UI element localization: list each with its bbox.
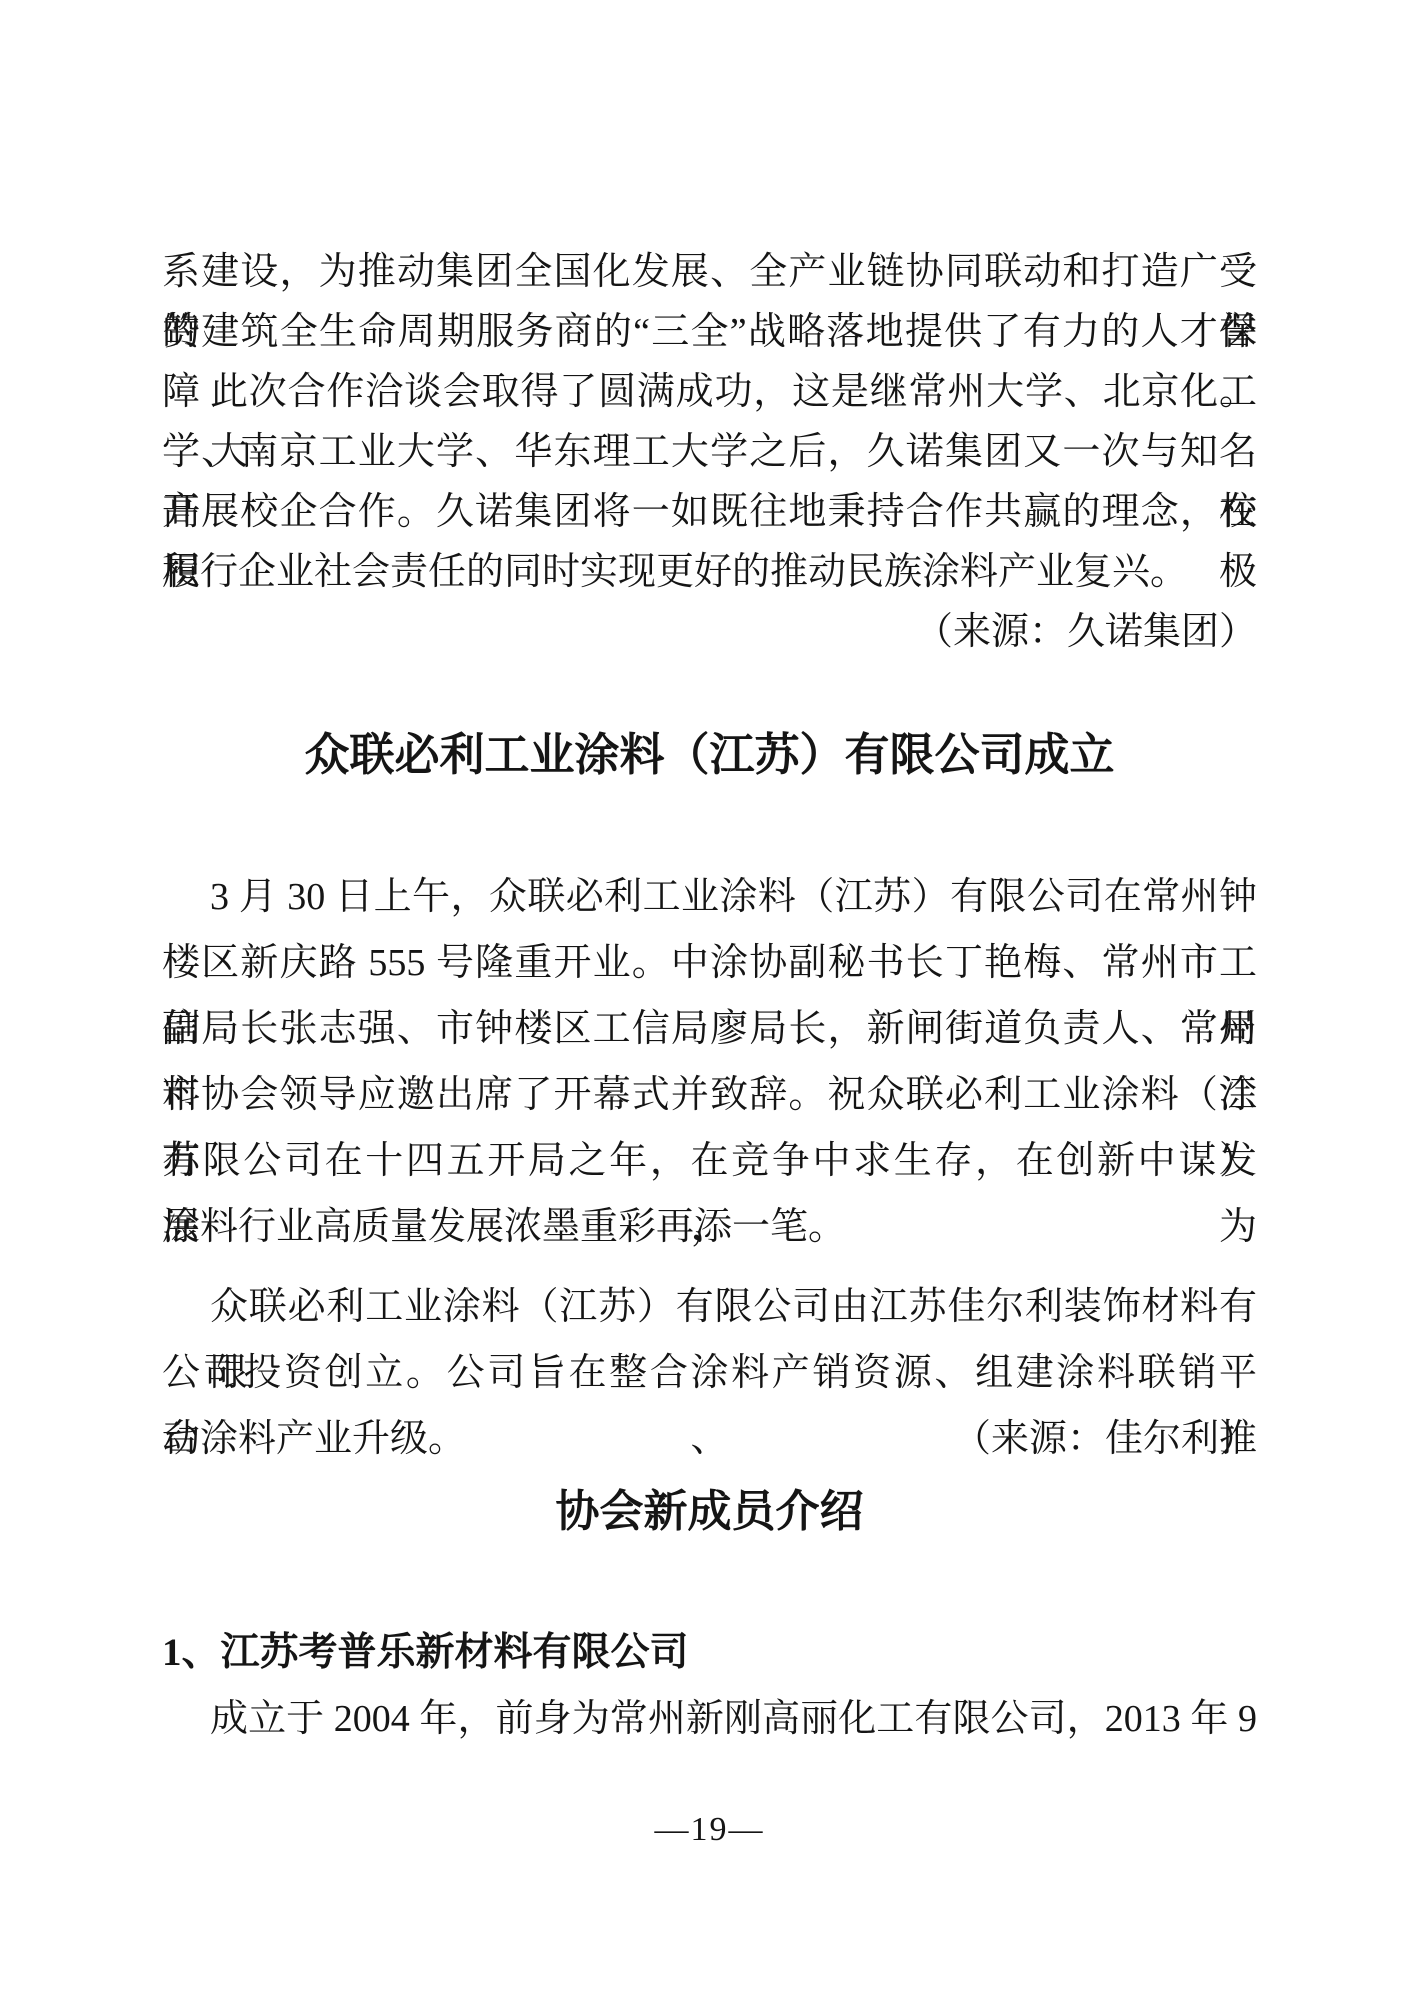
body-line: 公司投资创立。公司旨在整合涂料产销资源、组建涂料联销平台、推 [162,1340,1257,1406]
body-line: 有限公司在十四五开局之年，在竞争中求生存，在创新中谋发展，为 [162,1128,1257,1194]
page-number: —19— [162,1800,1257,1860]
body-line: 3 月 30 日上午，众联必利工业涂料（江苏）有限公司在常州钟 [162,864,1257,930]
body-line: 众联必利工业涂料（江苏）有限公司由江苏佳尔利装饰材料有限 [162,1274,1257,1340]
member-item-body: 成立于 2004 年，前身为常州新刚高丽化工有限公司，2013 年 9 [162,1686,1257,1752]
source-attribution-jiunuo: （来源：久诺集团） [162,602,1257,662]
body-line: 系建设，为推动集团全国化发展、全产业链协同联动和打造广受赞誉 [162,242,1257,302]
body-line: 成立于 2004 年，前身为常州新刚高丽化工有限公司，2013 年 9 [162,1686,1257,1752]
body-line: 料协会领导应邀出席了开幕式并致辞。祝众联必利工业涂料（江苏） [162,1062,1257,1128]
body-line: 履行企业社会责任的同时实现更好的推动民族涂料产业复兴。 [162,542,1257,602]
article-zhonglian-para1: 3 月 30 日上午，众联必利工业涂料（江苏）有限公司在常州钟 楼区新庆路 55… [162,864,1257,1260]
body-line: 学、南京工业大学、华东理工大学之后，久诺集团又一次与知名高校 [162,422,1257,482]
body-line: 的建筑全生命周期服务商的“三全”战略落地提供了有力的人才保障。 [162,302,1257,362]
member-item-title: 1、江苏考普乐新材料有限公司 [162,1620,1257,1686]
body-line: 楼区新庆路 555 号隆重开业。中涂协副秘书长丁艳梅、常州市工信局 [162,930,1257,996]
body-line: 此次合作洽谈会取得了圆满成功，这是继常州大学、北京化工大 [162,362,1257,422]
paragraph-end-text: 动涂料产业升级。 [162,1406,466,1472]
article-jiunuo-body: 系建设，为推动集团全国化发展、全产业链协同联动和打造广受赞誉 的建筑全生命周期服… [162,242,1257,662]
article-title-zhonglian: 众联必利工业涂料（江苏）有限公司成立 [162,725,1257,785]
document-page: 系建设，为推动集团全国化发展、全产业链协同联动和打造广受赞誉 的建筑全生命周期服… [0,0,1415,2000]
body-line: 副局长张志强、市钟楼区工信局廖局长，新闸街道负责人、常州市涂 [162,996,1257,1062]
article-zhonglian-para2: 众联必利工业涂料（江苏）有限公司由江苏佳尔利装饰材料有限 公司投资创立。公司旨在… [162,1274,1257,1472]
section-title-new-members: 协会新成员介绍 [162,1482,1257,1542]
source-attribution-jiaerli: （来源：佳尔利） [953,1406,1257,1472]
body-line: 开展校企合作。久诺集团将一如既往地秉持合作共赢的理念，在积极 [162,482,1257,542]
page-content: 系建设，为推动集团全国化发展、全产业链协同联动和打造广受赞誉 的建筑全生命周期服… [162,0,1257,1860]
